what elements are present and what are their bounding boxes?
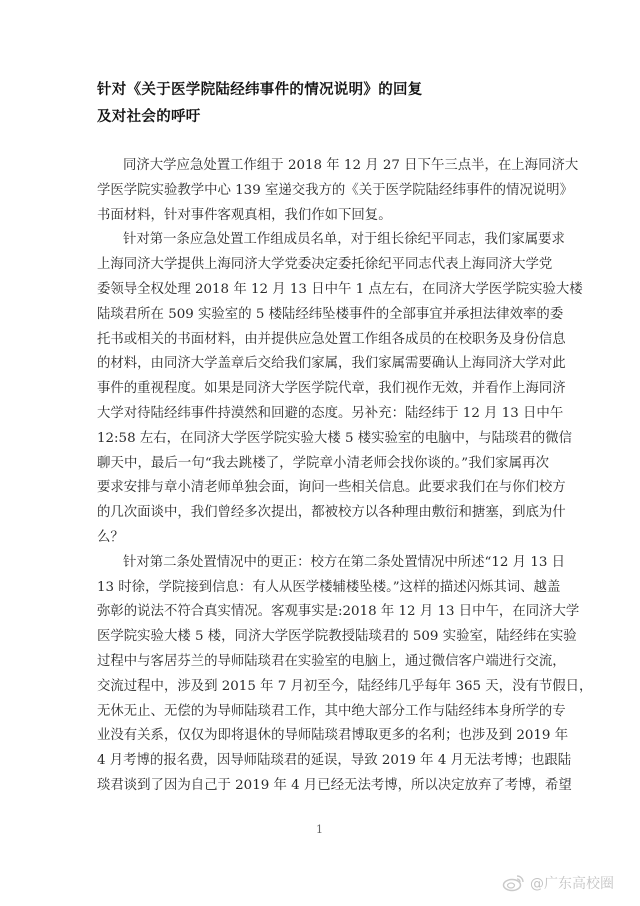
text-line: 过程中与客居芬兰的导师陆琰君在实验室的电脑上，通过微信客户端进行交流， bbox=[97, 650, 549, 675]
text-line: 4 月考博的报名费，因导师陆琰君的延误，导致 2019 年 4 月无法考博；也跟… bbox=[97, 749, 549, 774]
document-title: 针对《关于医学院陆经纬事件的情况说明》的回复 bbox=[97, 78, 423, 99]
document-page: 针对《关于医学院陆经纬事件的情况说明》的回复 及对社会的呼吁 同济大学应急处置工… bbox=[0, 0, 640, 906]
text-line: 委领导全权处理 2018 年 12 月 13 日中午 1 点左右，在同济大学医学… bbox=[97, 278, 549, 303]
text-line: 琰君谈到了因为自己于 2019 年 4 月已经无法考博，所以决定放弃了考博，希望 bbox=[97, 774, 549, 799]
text-line: 的几次面谈中，我们曾经多次提出，都被校方以各种理由敷衍和搪塞，到底为什 bbox=[97, 501, 549, 526]
text-line: 聊天中，最后一句“我去跳楼了，学院章小清老师会找你谈的。”我们家属再次 bbox=[97, 452, 549, 477]
text-line: 业没有关系，仅仅为即将退休的导师陆琰君博取更多的名利；也涉及到 2019 年 bbox=[97, 724, 549, 749]
text-line: 陆琰君所在 509 实验室的 5 楼陆经纬坠楼事件的全部事宜并承担法律效率的委 bbox=[97, 303, 549, 328]
text-line: 针对第二条处置情况中的更正：校方在第二条处置情况中所述“12 月 13 日 bbox=[97, 551, 549, 576]
text-line: 托书或相关的书面材料，由并提供应急处置工作组各成员的在校职务及身份信息 bbox=[97, 328, 549, 353]
text-line: 的材料，由同济大学盖章后交给我们家属，我们家属需要确认上海同济大学对此 bbox=[97, 352, 549, 377]
text-line: 么？ bbox=[97, 526, 549, 551]
text-line: 无休无止、无偿的为导师陆琰君工作，其中绝大部分工作与陆经纬本身所学的专 bbox=[97, 700, 549, 725]
text-line: 弥彰的说法不符合真实情况。客观事实是:2018 年 12 月 13 日中午，在同… bbox=[97, 600, 549, 625]
watermark-text: @广东高校圈 bbox=[530, 873, 614, 893]
text-line: 事件的重视程度。如果是同济大学医学院代章，我们视作无效，并看作上海同济 bbox=[97, 377, 549, 402]
text-line: 医学院实验大楼 5 楼，同济大学医学院教授陆琰君的 509 实验室，陆经纬在实验 bbox=[97, 625, 549, 650]
text-line: 12:58 左右，在同济大学医学院实验大楼 5 楼实验室的电脑中，与陆琰君的微信 bbox=[97, 427, 549, 452]
text-line: 大学对待陆经纬事件持漠然和回避的态度。另补充：陆经纬于 12 月 13 日中午 bbox=[97, 402, 549, 427]
text-line: 书面材料，针对事件客观真相，我们作如下回复。 bbox=[97, 204, 549, 229]
text-line: 要求安排与章小清老师单独会面，询问一些相关信息。此要求我们在与你们校方 bbox=[97, 476, 549, 501]
document-subtitle: 及对社会的呼吁 bbox=[97, 105, 201, 126]
page-number: 1 bbox=[316, 823, 323, 836]
text-line: 上海同济大学提供上海同济大学党委决定委托徐纪平同志代表上海同济大学党 bbox=[97, 253, 549, 278]
text-line: 13 时徐，学院接到信息：有人从医学楼辅楼坠楼。”这样的描述闪烁其词、越盖 bbox=[97, 576, 549, 601]
document-body: 同济大学应急处置工作组于 2018 年 12 月 27 日下午三点半，在上海同济… bbox=[97, 154, 549, 799]
text-line: 针对第一条应急处置工作组成员名单，对于组长徐纪平同志，我们家属要求 bbox=[97, 228, 549, 253]
weibo-watermark: @广东高校圈 bbox=[502, 873, 614, 893]
text-line: 学医学院实验教学中心 139 室递交我方的《关于医学院陆经纬事件的情况说明》 bbox=[97, 179, 549, 204]
text-line: 交流过程中，涉及到 2015 年 7 月初至今，陆经纬几乎每年 365 天，没有… bbox=[97, 675, 549, 700]
weibo-icon bbox=[502, 874, 526, 892]
text-line: 同济大学应急处置工作组于 2018 年 12 月 27 日下午三点半，在上海同济… bbox=[97, 154, 549, 179]
